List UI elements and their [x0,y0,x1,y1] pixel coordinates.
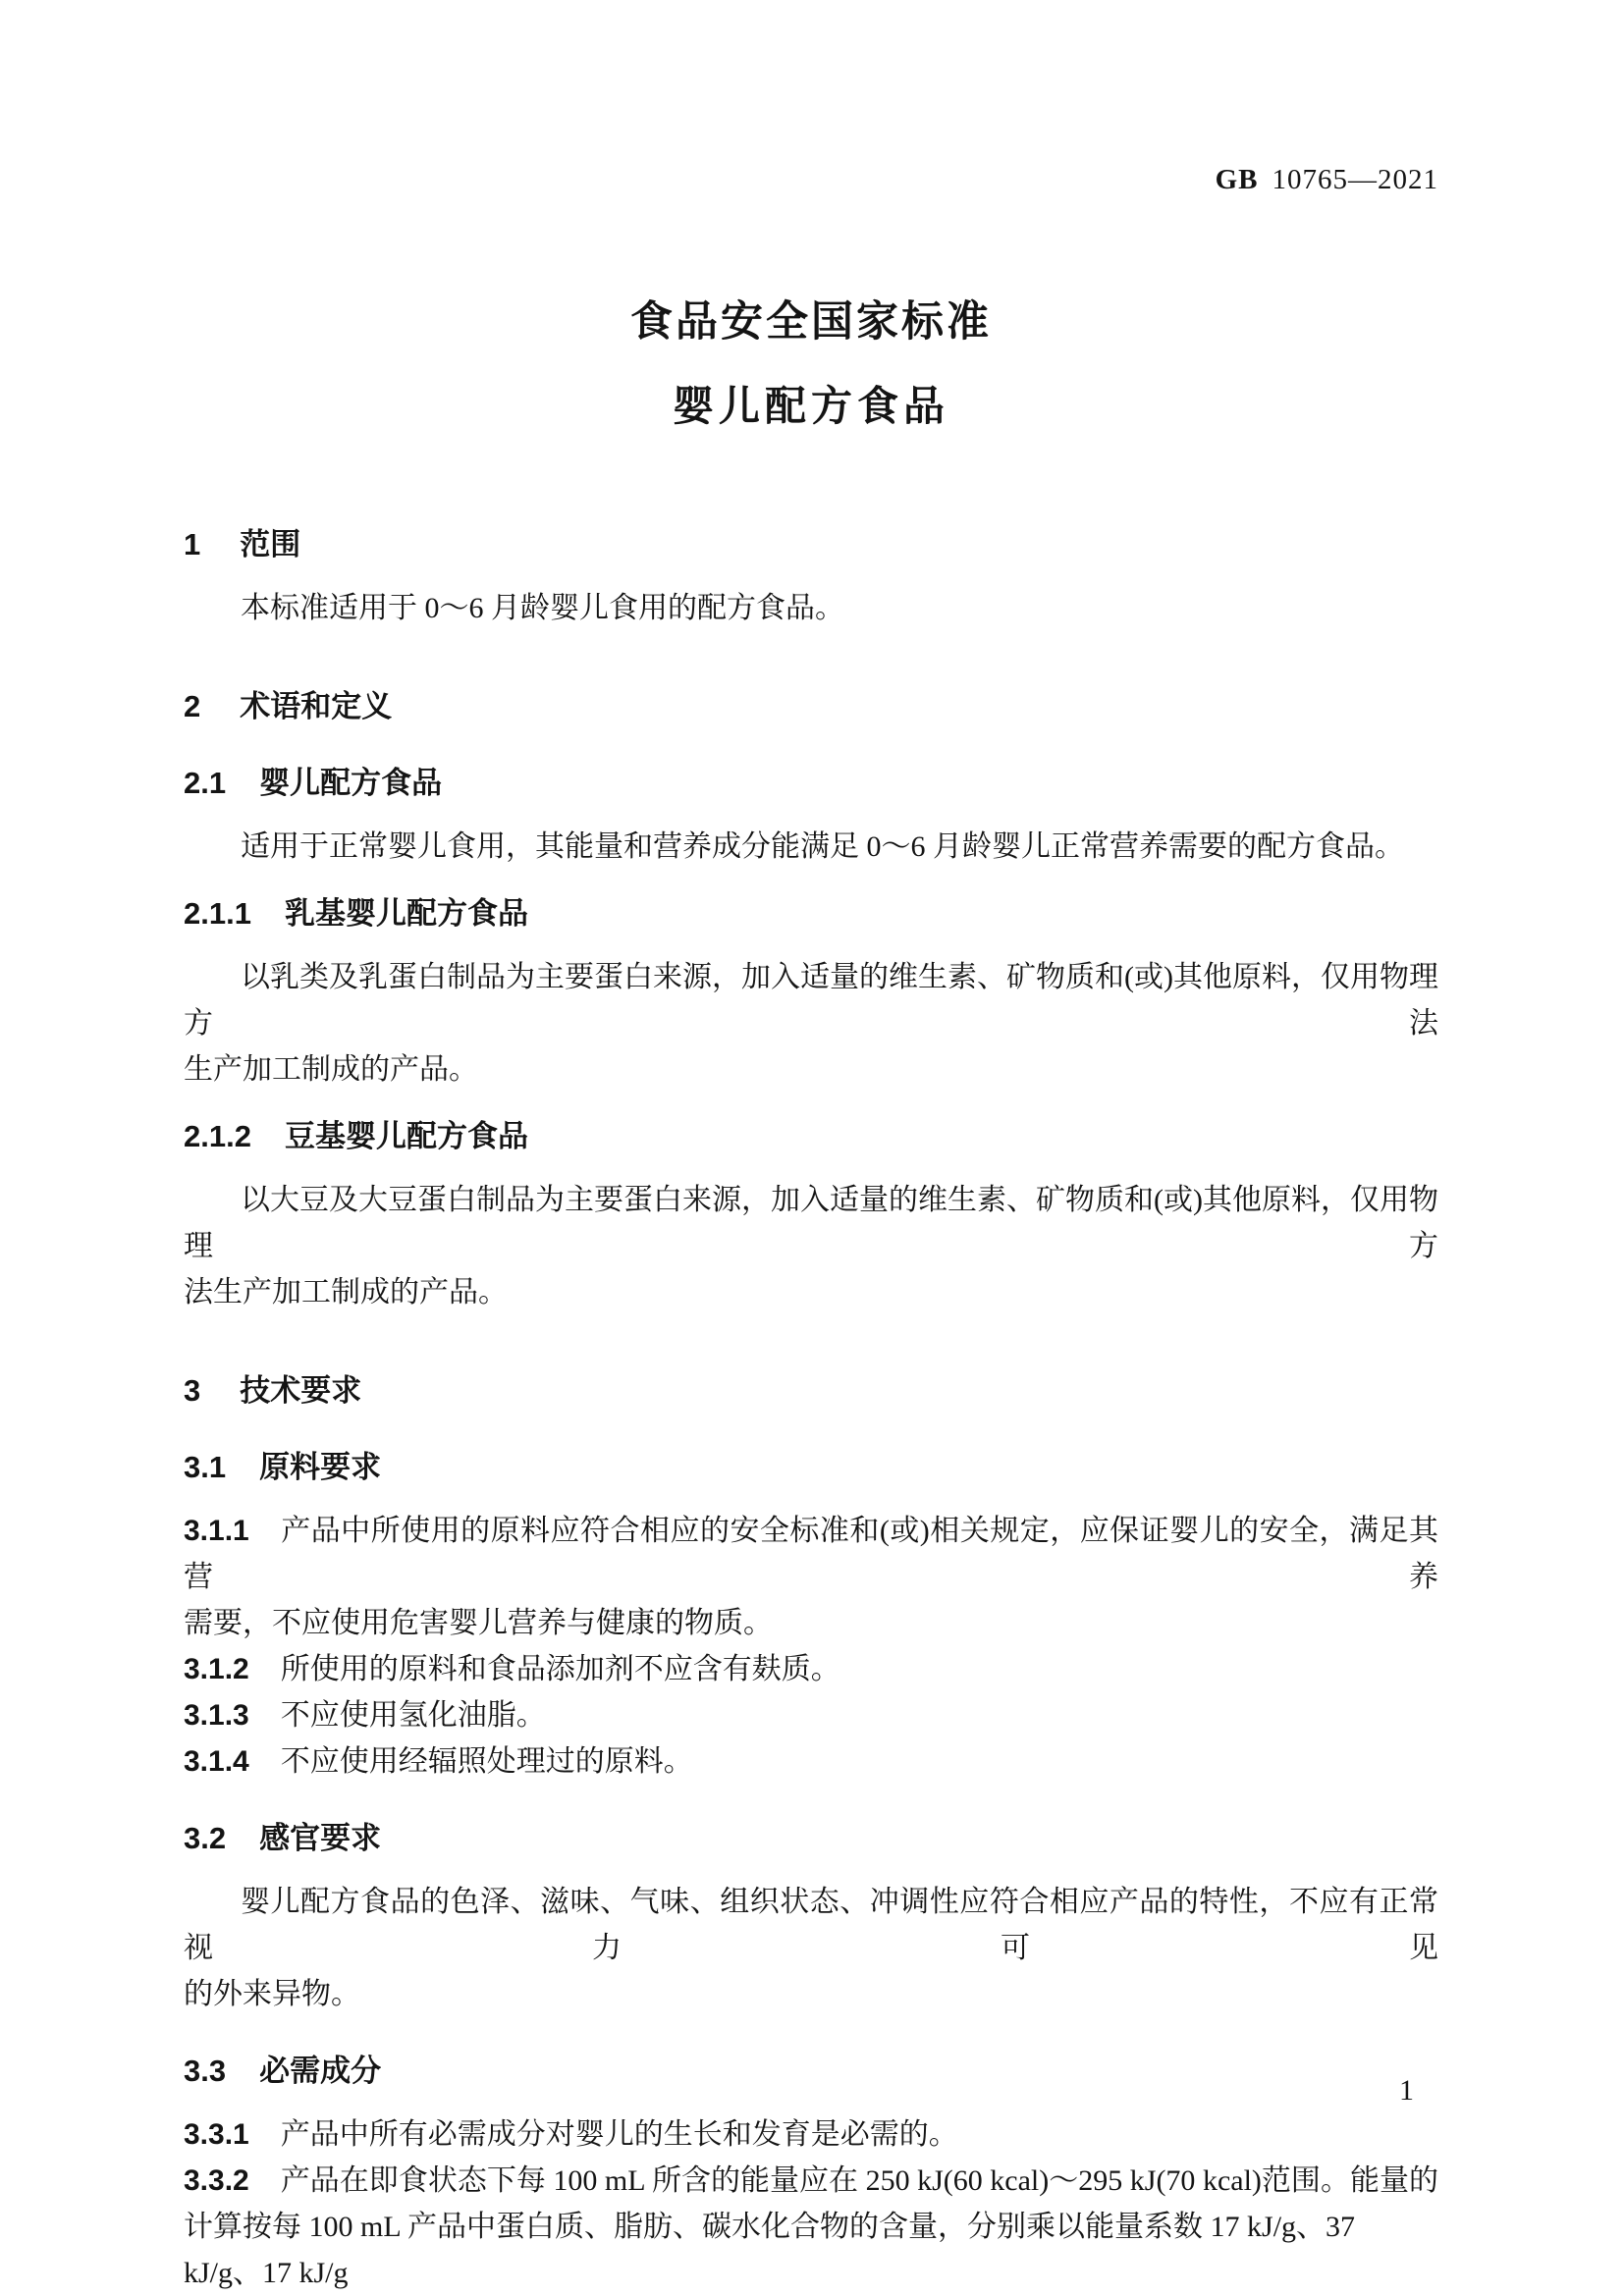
clause-text: 产品在即食状态下每 100 mL 所含的能量应在 250 kJ(60 kcal)… [281,2164,1438,2197]
heading-label: 术语和定义 [240,689,392,723]
paragraph: 适用于正常婴儿食用，其能量和营养成分能满足 0～6 月龄婴儿正常营养需要的配方食… [184,824,1438,870]
heading-label: 原料要求 [259,1450,381,1484]
heading-label: 乳基婴儿配方食品 [285,896,528,931]
text-line: 3.3.2产品在即食状态下每 100 mL 所含的能量应在 250 kJ(60 … [184,2158,1438,2204]
clause-text: 产品中所使用的原料应符合相应的安全标准和(或)相关规定，应保证婴儿的安全，满足其… [184,1515,1438,1593]
heading-label: 范围 [240,527,300,561]
heading-label: 技术要求 [240,1373,361,1408]
text-line: 生产加工制成的产品。 [184,1046,1438,1093]
heading-number: 3.2 [184,1816,226,1861]
heading-label: 感官要求 [259,1821,381,1855]
heading-number: 3.3 [184,2049,226,2094]
heading-label: 豆基婴儿配方食品 [285,1119,528,1153]
paragraph: 本标准适用于 0～6 月龄婴儿食用的配方食品。 [184,585,1438,631]
clause-number: 3.1.3 [184,1699,249,1732]
heading-number: 3 [184,1368,200,1414]
section-heading-2.1: 2.1婴儿配方食品 [184,761,1438,806]
heading-label: 婴儿配方食品 [259,766,442,800]
clause-text: 不应使用氢化油脂。 [281,1699,546,1732]
section-heading-2.1.2: 2.1.2豆基婴儿配方食品 [184,1114,1438,1159]
clause-text: 产品中所有必需成分对婴儿的生长和发育是必需的。 [281,2118,958,2151]
text-line: 3.1.2所使用的原料和食品添加剂不应含有麸质。 [184,1646,1438,1692]
text-line: 的外来异物。 [184,1971,1438,2017]
text-line: 法生产加工制成的产品。 [184,1269,1438,1315]
heading-number: 2.1.1 [184,891,251,936]
clause-3.1.4: 3.1.4不应使用经辐照处理过的原料。 [184,1738,1438,1785]
section-heading-3: 3技术要求 [184,1368,1438,1414]
clause-text: 所使用的原料和食品添加剂不应含有麸质。 [281,1653,840,1685]
standard-number: GB10765—2021 [184,162,1438,197]
text-line: 3.1.1产品中所使用的原料应符合相应的安全标准和(或)相关规定，应保证婴儿的安… [184,1508,1438,1600]
heading-number: 3.1 [184,1445,226,1490]
paragraph: 以乳类及乳蛋白制品为主要蛋白来源，加入适量的维生素、矿物质和(或)其他原料，仅用… [184,954,1438,1093]
text-line: 以乳类及乳蛋白制品为主要蛋白来源，加入适量的维生素、矿物质和(或)其他原料，仅用… [184,954,1438,1046]
section-heading-2.1.1: 2.1.1乳基婴儿配方食品 [184,891,1438,936]
clause-3.1.3: 3.1.3不应使用氢化油脂。 [184,1692,1438,1738]
heading-number: 2 [184,684,200,729]
text-line: 以大豆及大豆蛋白制品为主要蛋白来源，加入适量的维生素、矿物质和(或)其他原料，仅… [184,1177,1438,1269]
text-line: 婴儿配方食品的色泽、滋味、气味、组织状态、冲调性应符合相应产品的特性，不应有正常… [184,1879,1438,1971]
section-heading-1: 1范围 [184,522,1438,567]
clause-text: 不应使用经辐照处理过的原料。 [281,1745,693,1778]
document-title: 食品安全国家标准 婴儿配方食品 [184,294,1438,469]
text-line: 3.1.4不应使用经辐照处理过的原料。 [184,1738,1438,1785]
clause-3.1.2: 3.1.2所使用的原料和食品添加剂不应含有麸质。 [184,1646,1438,1692]
clause-number: 3.1.4 [184,1745,249,1778]
text-line: 本标准适用于 0～6 月龄婴儿食用的配方食品。 [184,585,1438,631]
heading-number: 2.1.2 [184,1114,251,1159]
text-line: 3.3.1产品中所有必需成分对婴儿的生长和发育是必需的。 [184,2111,1438,2158]
clause-number: 3.1.2 [184,1653,249,1685]
standard-code: 10765—2021 [1272,164,1439,195]
text-line: 计算按每 100 mL 产品中蛋白质、脂肪、碳水化合物的含量，分别乘以能量系数 … [184,2204,1438,2296]
clause-3.3.1: 3.3.1产品中所有必需成分对婴儿的生长和发育是必需的。 [184,2111,1438,2158]
paragraph: 以大豆及大豆蛋白制品为主要蛋白来源，加入适量的维生素、矿物质和(或)其他原料，仅… [184,1177,1438,1315]
text-line: 3.1.3不应使用氢化油脂。 [184,1692,1438,1738]
clause-number: 3.1.1 [184,1515,249,1547]
section-heading-3.1: 3.1原料要求 [184,1445,1438,1490]
text-line: 适用于正常婴儿食用，其能量和营养成分能满足 0～6 月龄婴儿正常营养需要的配方食… [184,824,1438,870]
clause-number: 3.3.2 [184,2164,249,2197]
standard-prefix: GB [1216,164,1259,195]
text-line: 需要，不应使用危害婴儿营养与健康的物质。 [184,1600,1438,1646]
title-line-2: 婴儿配方食品 [184,379,1438,434]
title-line-1: 食品安全国家标准 [184,294,1438,349]
paragraph: 婴儿配方食品的色泽、滋味、气味、组织状态、冲调性应符合相应产品的特性，不应有正常… [184,1879,1438,2017]
clause-number: 3.3.1 [184,2118,249,2151]
document-body: 1范围本标准适用于 0～6 月龄婴儿食用的配方食品。2术语和定义2.1婴儿配方食… [184,522,1438,2296]
section-heading-3.2: 3.2感官要求 [184,1816,1438,1861]
page-number: 1 [1399,2071,1414,2110]
clause-3.3.2: 3.3.2产品在即食状态下每 100 mL 所含的能量应在 250 kJ(60 … [184,2158,1438,2296]
heading-label: 必需成分 [259,2054,381,2088]
heading-number: 1 [184,522,200,567]
clause-3.1.1: 3.1.1产品中所使用的原料应符合相应的安全标准和(或)相关规定，应保证婴儿的安… [184,1508,1438,1646]
section-heading-3.3: 3.3必需成分 [184,2049,1438,2094]
heading-number: 2.1 [184,761,226,806]
document-page: GB10765—2021 食品安全国家标准 婴儿配方食品 1范围本标准适用于 0… [0,0,1624,2296]
section-heading-2: 2术语和定义 [184,684,1438,729]
